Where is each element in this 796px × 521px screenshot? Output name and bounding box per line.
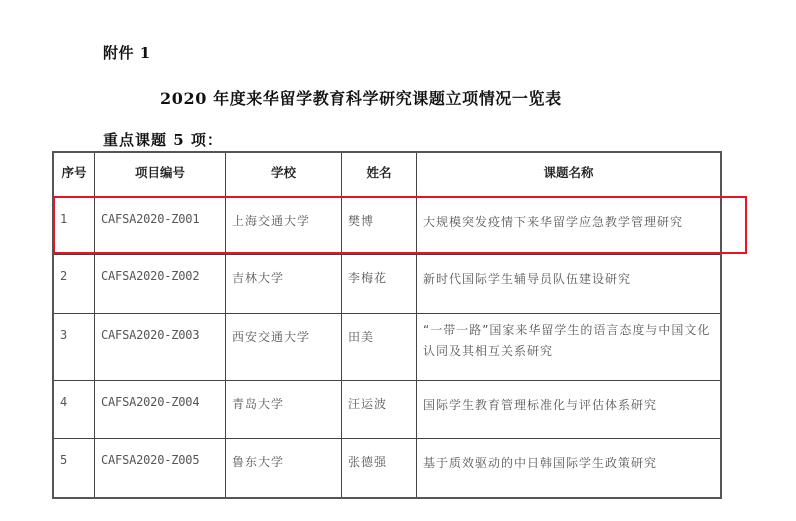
document-title: 2020 年度来华留学教育科学研究课题立项情况一览表 (160, 86, 562, 109)
cell-index: 3 (53, 314, 95, 381)
cell-topic: “一带一路”国家来华留学生的语言态度与中国文化认同及其相互关系研究 (417, 314, 722, 381)
cell-name: 田美 (342, 314, 417, 381)
cell-school: 西安交通大学 (226, 314, 342, 381)
cell-school: 鲁东大学 (226, 439, 342, 499)
cell-name: 李梅花 (342, 255, 417, 314)
cell-topic: 大规模突发疫情下来华留学应急教学管理研究 (417, 198, 722, 255)
table-row: 4 CAFSA2020-Z004 青岛大学 汪运波 国际学生教育管理标准化与评估… (53, 381, 721, 439)
cell-project-code: CAFSA2020-Z001 (95, 198, 226, 255)
table-header-row: 序号 项目编号 学校 姓名 课题名称 (53, 152, 721, 198)
header-school: 学校 (226, 152, 342, 198)
cell-school: 上海交通大学 (226, 198, 342, 255)
cell-index: 5 (53, 439, 95, 499)
cell-project-code: CAFSA2020-Z004 (95, 381, 226, 439)
cell-project-code: CAFSA2020-Z005 (95, 439, 226, 499)
header-name: 姓名 (342, 152, 417, 198)
cell-project-code: CAFSA2020-Z003 (95, 314, 226, 381)
cell-topic: 国际学生教育管理标准化与评估体系研究 (417, 381, 722, 439)
cell-index: 1 (53, 198, 95, 255)
cell-project-code: CAFSA2020-Z002 (95, 255, 226, 314)
cell-school: 吉林大学 (226, 255, 342, 314)
header-project-code: 项目编号 (95, 152, 226, 198)
cell-topic: 基于质效驱动的中日韩国际学生政策研究 (417, 439, 722, 499)
table-row: 5 CAFSA2020-Z005 鲁东大学 张德强 基于质效驱动的中日韩国际学生… (53, 439, 721, 499)
cell-name: 樊博 (342, 198, 417, 255)
cell-name: 张德强 (342, 439, 417, 499)
projects-table: 序号 项目编号 学校 姓名 课题名称 1 CAFSA2020-Z001 上海交通… (52, 151, 722, 499)
table-row: 3 CAFSA2020-Z003 西安交通大学 田美 “一带一路”国家来华留学生… (53, 314, 721, 381)
cell-school: 青岛大学 (226, 381, 342, 439)
attachment-label: 附件 1 (103, 42, 151, 63)
table-row: 1 CAFSA2020-Z001 上海交通大学 樊博 大规模突发疫情下来华留学应… (53, 198, 721, 255)
header-topic: 课题名称 (417, 152, 722, 198)
cell-topic: 新时代国际学生辅导员队伍建设研究 (417, 255, 722, 314)
cell-name: 汪运波 (342, 381, 417, 439)
cell-index: 2 (53, 255, 95, 314)
table-row: 2 CAFSA2020-Z002 吉林大学 李梅花 新时代国际学生辅导员队伍建设… (53, 255, 721, 314)
section-heading: 重点课题 5 项： (103, 129, 223, 150)
header-index: 序号 (53, 152, 95, 198)
cell-index: 4 (53, 381, 95, 439)
